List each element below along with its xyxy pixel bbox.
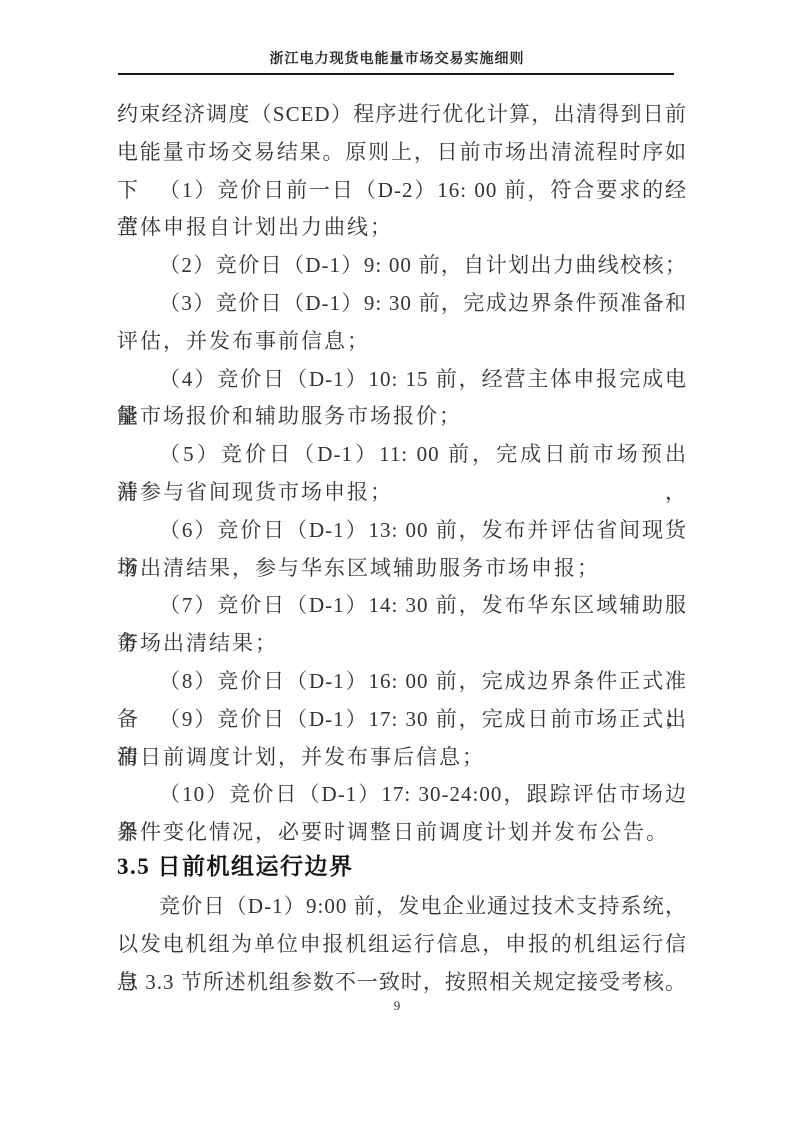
body-line: 场出清结果，参与华东区域辅助服务市场申报； [117, 550, 687, 588]
body-line: 评估，并发布事前信息； [117, 323, 687, 361]
body-line: （7）竞价日（D-1）14: 30 前，发布华东区域辅助服务 [117, 587, 687, 625]
body-line: （6）竞价日（D-1）13: 00 前，发布并评估省间现货市 [117, 512, 687, 550]
body-line: （3）竞价日（D-1）9: 30 前，完成边界条件预准备和 [117, 285, 687, 323]
document-body: 约束经济调度（SCED）程序进行优化计算，出清得到日前 电能量市场交易结果。原则… [117, 96, 687, 1001]
body-line: 量市场报价和辅助服务市场报价； [117, 398, 687, 436]
body-line: （8）竞价日（D-1）16: 00 前，完成边界条件正式准备； [117, 663, 687, 701]
section-heading: 3.5 日前机组运行边界 [117, 852, 687, 882]
page-number: 9 [0, 996, 794, 1016]
body-line: （2）竞价日（D-1）9: 00 前，自计划出力曲线校核； [117, 247, 687, 285]
header-title: 浙江电力现货电能量市场交易实施细则 [0, 50, 794, 70]
body-line: 和日前调度计划，并发布事后信息； [117, 739, 687, 777]
body-line: 条件变化情况，必要时调整日前调度计划并发布公告。 [117, 814, 687, 852]
body-line: （9）竞价日（D-1）17: 30 前，完成日前市场正式出清 [117, 701, 687, 739]
body-line: （1）竞价日前一日（D-2）16: 00 前，符合要求的经营 [117, 172, 687, 210]
body-line: 市场出清结果； [117, 625, 687, 663]
body-line: （10）竞价日（D-1）17: 30-24:00，跟踪评估市场边界 [117, 776, 687, 814]
header-rule [118, 73, 674, 75]
document-page: 浙江电力现货电能量市场交易实施细则 约束经济调度（SCED）程序进行优化计算，出… [0, 0, 794, 1123]
body-line: 电能量市场交易结果。原则上，日前市场出清流程时序如下： [117, 134, 687, 172]
body-line: 以发电机组为单位申报机组运行信息，申报的机组运行信息 [117, 926, 687, 964]
body-line: （4）竞价日（D-1）10: 15 前，经营主体申报完成电能 [117, 361, 687, 399]
body-line: 竞价日（D-1）9:00 前，发电企业通过技术支持系统， [117, 888, 687, 926]
body-line: 主体申报自计划出力曲线； [117, 209, 687, 247]
body-line: （5）竞价日（D-1）11: 00 前，完成日前市场预出清， [117, 436, 687, 474]
body-line: 约束经济调度（SCED）程序进行优化计算，出清得到日前 [117, 96, 687, 134]
